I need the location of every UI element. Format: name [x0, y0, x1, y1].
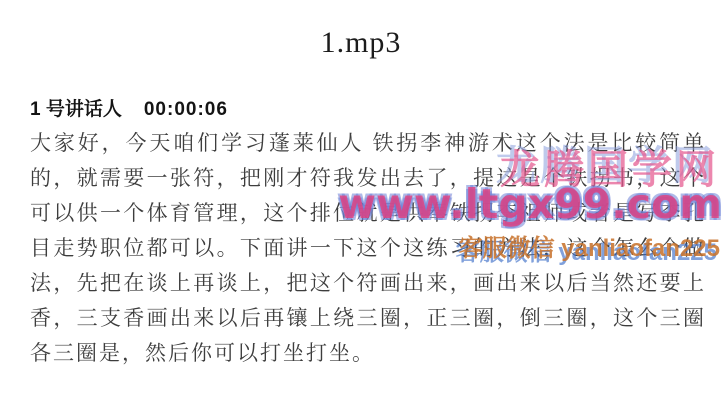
speaker-timestamp: 00:00:06: [144, 99, 228, 120]
speaker-label: 1 号讲话人: [30, 99, 122, 120]
transcript-paragraph: 大家好，今天咱们学习蓬莱仙人 铁拐李神游术这个法是比较简单的，就需要一张符，把刚…: [30, 126, 706, 371]
document-page: 1.mp3 1 号讲话人00:00:06 大家好，今天咱们学习蓬莱仙人 铁拐李神…: [0, 0, 722, 400]
page-title: 1.mp3: [0, 26, 722, 60]
speaker-row: 1 号讲话人00:00:06: [30, 94, 228, 121]
